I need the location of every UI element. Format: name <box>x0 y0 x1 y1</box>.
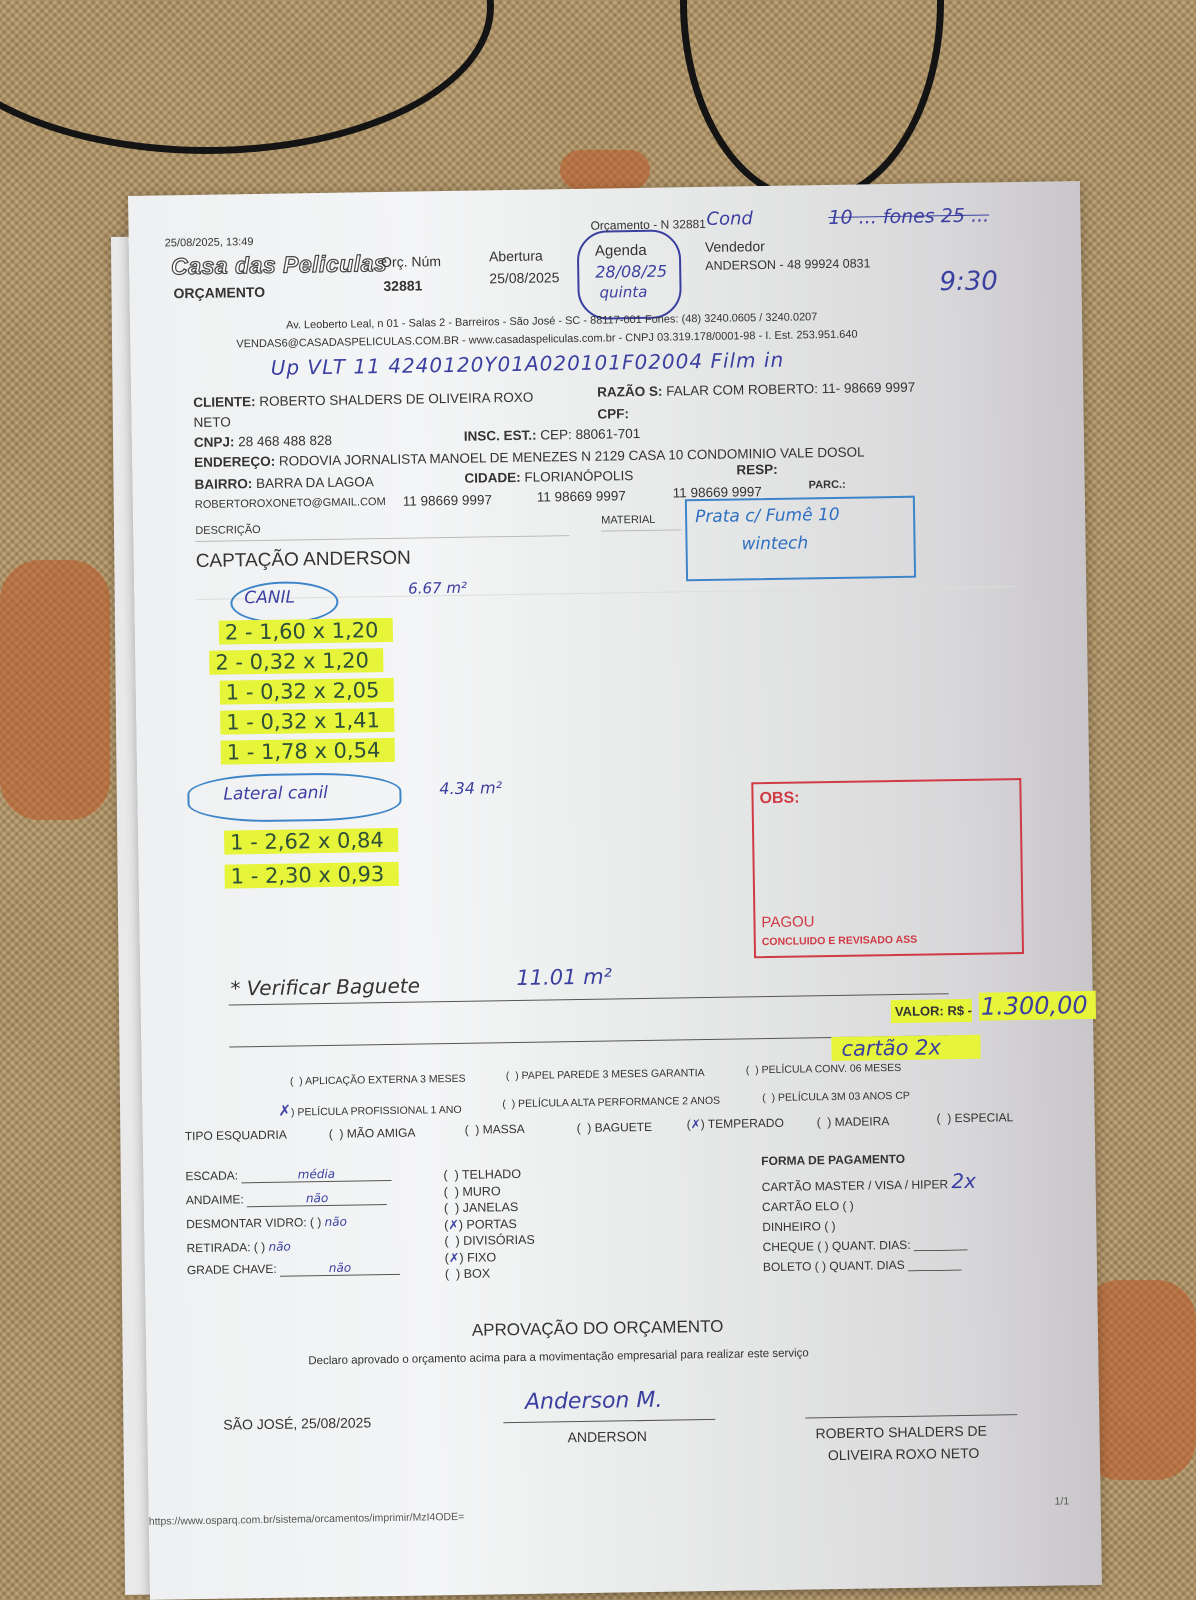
razao-row: RAZÃO S: FALAR COM ROBERTO: 11- 98669 99… <box>597 380 915 400</box>
location-divisorias[interactable]: ( ) DIVISÓRIAS <box>444 1232 535 1250</box>
material-label: MATERIAL <box>601 514 655 527</box>
abertura-date: 25/08/2025 <box>489 269 559 286</box>
option-aplicacao-externa[interactable]: ( ) APLICAÇÃO EXTERNA 3 MESES <box>290 1073 466 1088</box>
field-label: GRADE CHAVE: <box>187 1262 277 1277</box>
field-value[interactable]: não <box>280 1260 400 1277</box>
option-label: PELÍCULA CONV. 06 MESES <box>761 1062 901 1076</box>
option-label: TEMPERADO <box>708 1116 784 1131</box>
location-label: DIVISÓRIAS <box>463 1233 535 1248</box>
esquadria-especial[interactable]: ( ) ESPECIAL <box>936 1110 1013 1125</box>
field-value[interactable]: média <box>241 1166 391 1183</box>
option-label: BAGUETE <box>595 1120 653 1135</box>
note-cond: Cond <box>706 208 753 230</box>
location-label: FIXO <box>467 1250 496 1264</box>
location-label: TELHADO <box>462 1167 521 1182</box>
cidade-label: CIDADE: <box>464 470 520 486</box>
doc-type: ORÇAMENTO <box>173 284 265 301</box>
rug-pattern <box>560 150 650 190</box>
location-box[interactable]: ( ) BOX <box>445 1265 536 1283</box>
handwritten-code: Up VLT 11 4240120Y01A020101F02004 Film i… <box>271 348 785 380</box>
location-list: ( ) TELHADO ( ) MURO ( ) JANELAS (✗) POR… <box>443 1166 535 1283</box>
company-address: Av. Leoberto Leal, n 01 - Salas 2 - Barr… <box>286 311 818 331</box>
endereco-label: ENDEREÇO: <box>194 454 275 470</box>
total-area: 11.01 m² <box>516 964 612 989</box>
cliente-cont: NETO <box>193 414 230 430</box>
divider <box>195 535 569 542</box>
agenda-date: 28/08/25 <box>595 262 667 282</box>
field-value[interactable]: não <box>247 1190 387 1207</box>
approval-declaration: Declaro aprovado o orçamento acima para … <box>308 1347 809 1367</box>
measure-item: 1 - 0,32 x 2,05 <box>220 678 394 705</box>
orcamento-ref: Orçamento - N 32881 <box>590 217 706 233</box>
payment-title: FORMA DE PAGAMENTO <box>761 1152 905 1168</box>
parc-label: PARC.: <box>809 479 846 492</box>
option-label: MASSA <box>483 1122 525 1137</box>
payment-mark: 2x <box>951 1169 976 1193</box>
location-telhado[interactable]: ( ) TELHADO <box>443 1166 534 1184</box>
footer-page: 1/1 <box>1055 1495 1070 1507</box>
field-value[interactable]: não <box>324 1215 347 1229</box>
option-3m[interactable]: ( ) PELÍCULA 3M 03 ANOS CP <box>762 1090 910 1104</box>
pagou-label: PAGOU <box>761 913 814 931</box>
vendedor-label: Vendedor <box>705 238 765 255</box>
field-label: ESCADA: <box>185 1168 238 1183</box>
option-label: PELÍCULA PROFISSIONAL 1 ANO <box>297 1104 461 1119</box>
cnpj: 28 468 488 828 <box>238 433 332 449</box>
option-label: APLICAÇÃO EXTERNA 3 MESES <box>305 1073 466 1088</box>
measure-item: 1 - 2,62 x 0,84 <box>224 828 398 855</box>
checked-mark-icon: ✗ <box>448 1216 459 1231</box>
client-phone-1: 11 98669 9997 <box>403 492 492 508</box>
payment-cartao-master[interactable]: CARTÃO MASTER / VISA / HIPER 2x <box>761 1171 976 1197</box>
location-label: MURO <box>462 1184 500 1199</box>
valor-label: VALOR: R$ - <box>891 999 972 1023</box>
descricao-label: DESCRIÇÃO <box>195 524 261 537</box>
client-name-row: CLIENTE: ROBERTO SHALDERS DE OLIVEIRA RO… <box>193 390 533 410</box>
checked-mark-icon: ✗ <box>691 1117 701 1131</box>
cpf-label: CPF: <box>597 406 629 421</box>
quote-document: 25/08/2025, 13:49 Casa das Peliculas ORÇ… <box>128 181 1102 1600</box>
razao-label: RAZÃO S: <box>597 384 662 400</box>
option-papel-parede[interactable]: ( ) PAPEL PAREDE 3 MESES GARANTIA <box>506 1067 705 1082</box>
esquadria-mao-amiga[interactable]: ( ) MÃO AMIGA <box>329 1126 416 1141</box>
group-area: 4.34 m² <box>439 778 502 798</box>
location-fixo[interactable]: (✗) FIXO <box>445 1248 536 1266</box>
payment-list: CARTÃO MASTER / VISA / HIPER 2x CARTÃO E… <box>761 1171 977 1277</box>
obs-label: OBS: <box>759 790 799 809</box>
material-line-1: Prata c/ Fumê 10 <box>695 505 840 527</box>
location-muro[interactable]: ( ) MURO <box>444 1182 535 1200</box>
approval-place-date: SÃO JOSÉ, 25/08/2025 <box>223 1414 371 1432</box>
location-label: BOX <box>464 1266 491 1280</box>
company-logo: Casa das Peliculas <box>171 250 388 280</box>
field-label: ANDAIME: <box>186 1192 244 1207</box>
field-escada: ESCADA: média <box>185 1166 391 1184</box>
payment-boleto[interactable]: BOLETO ( ) QUANT. DIAS ________ <box>763 1254 978 1277</box>
field-desmontar-vidro: DESMONTAR VIDRO: ( ) não <box>186 1215 347 1232</box>
note-verificar: * Verificar Baguete <box>230 974 420 1001</box>
location-janelas[interactable]: ( ) JANELAS <box>444 1199 535 1217</box>
client-name-1: ROBERTO SHALDERS DE <box>815 1423 987 1442</box>
agenda-day: quinta <box>599 283 647 302</box>
esquadria-massa[interactable]: ( ) MASSA <box>465 1122 525 1137</box>
option-label: PELÍCULA 3M 03 ANOS CP <box>778 1090 910 1104</box>
bairro: BARRA DA LAGOA <box>256 474 374 491</box>
cliente-label: CLIENTE: <box>193 394 255 410</box>
field-label: RETIRADA: ( ) <box>186 1240 265 1255</box>
bairro-row: BAIRRO: BARRA DA LAGOA <box>194 474 374 492</box>
resp-label: RESP: <box>736 462 777 478</box>
cable <box>0 0 494 154</box>
insc-row: INSC. EST.: CEP: 88061-701 <box>464 426 641 444</box>
client-phone-2: 11 98669 9997 <box>537 488 626 504</box>
checked-mark-icon: ✗ <box>449 1249 460 1264</box>
note-time: 9:30 <box>939 266 998 297</box>
abertura-label: Abertura <box>489 247 543 264</box>
signature-line[interactable] <box>805 1414 1017 1418</box>
checked-mark-icon: ✗ <box>278 1102 291 1120</box>
option-label: MÃO AMIGA <box>347 1126 416 1141</box>
orc-num: 32881 <box>383 277 422 294</box>
note-struck: 10 ... fones 25 ... <box>828 204 989 229</box>
cidade: FLORIANÓPOLIS <box>524 468 633 485</box>
cnpj-label: CNPJ: <box>194 434 235 450</box>
razao: FALAR COM ROBERTO: 11- 98669 9997 <box>666 380 915 399</box>
location-portas[interactable]: (✗) PORTAS <box>444 1215 535 1233</box>
valor-amount: 1.300,00 <box>979 991 1096 1021</box>
cidade-row: CIDADE: FLORIANÓPOLIS <box>464 468 633 486</box>
insc: CEP: 88061-701 <box>540 426 640 443</box>
vendedor: ANDERSON - 48 99924 0831 <box>705 256 871 273</box>
agenda-label: Agenda <box>595 242 647 260</box>
insc-label: INSC. EST.: <box>464 428 537 444</box>
measure-item: 2 - 1,60 x 1,20 <box>219 618 393 645</box>
payment-note: cartão 2x <box>831 1035 981 1061</box>
group-name: Lateral canil <box>223 783 328 805</box>
signature-line <box>503 1419 715 1423</box>
field-value[interactable]: não <box>268 1240 291 1254</box>
description-title: CAPTAÇÃO ANDERSON <box>196 548 411 573</box>
payment-label: CARTÃO MASTER / VISA / HIPER <box>762 1177 949 1194</box>
field-andaime: ANDAIME: não <box>186 1190 388 1208</box>
field-grade-chave: GRADE CHAVE: não <box>187 1260 400 1278</box>
seller-name: ANDERSON <box>567 1428 647 1445</box>
option-label: ESPECIAL <box>954 1110 1013 1125</box>
esquadria-baguete[interactable]: ( ) BAGUETE <box>577 1120 653 1135</box>
option-pelicula-profissional[interactable]: ✗) PELÍCULA PROFISSIONAL 1 ANO <box>278 1099 461 1120</box>
option-label: PELÍCULA ALTA PERFORMANCE 2 ANOS <box>518 1095 720 1110</box>
footer-url: https://www.osparq.com.br/sistema/orcame… <box>149 1511 465 1528</box>
measure-item: 1 - 0,32 x 1,41 <box>220 708 394 735</box>
approval-title: APROVAÇÃO DO ORÇAMENTO <box>472 1317 724 1341</box>
measure-item: 2 - 0,32 x 1,20 <box>209 648 383 675</box>
cable <box>680 0 944 204</box>
esquadria-madeira[interactable]: ( ) MADEIRA <box>817 1114 890 1129</box>
location-label: PORTAS <box>466 1217 516 1232</box>
measure-item: 1 - 2,30 x 0,93 <box>225 862 399 889</box>
client-email: ROBERTOROXONETO@GMAIL.COM <box>195 496 386 511</box>
group-name: CANIL <box>244 587 295 608</box>
esquadria-temperado[interactable]: (✗) TEMPERADO <box>687 1116 784 1132</box>
rug-pattern <box>0 560 110 820</box>
bairro-label: BAIRRO: <box>194 476 252 492</box>
field-retirada: RETIRADA: ( ) não <box>186 1240 291 1256</box>
orc-num-label: Orç. Núm <box>381 253 441 270</box>
material-line-2: wintech <box>741 533 808 554</box>
esquadria-label: TIPO ESQUADRIA <box>185 1128 287 1144</box>
field-label: DESMONTAR VIDRO: ( ) <box>186 1215 321 1231</box>
measure-item: 1 - 1,78 x 0,54 <box>221 738 395 765</box>
option-label: PAPEL PAREDE 3 MESES GARANTIA <box>522 1067 705 1082</box>
group-area: 6.67 m² <box>408 579 467 598</box>
option-label: MADEIRA <box>835 1114 890 1129</box>
cliente: ROBERTO SHALDERS DE OLIVEIRA ROXO <box>259 390 533 409</box>
printed-timestamp: 25/08/2025, 13:49 <box>165 236 254 249</box>
option-alta-performance[interactable]: ( ) PELÍCULA ALTA PERFORMANCE 2 ANOS <box>502 1095 720 1110</box>
location-label: JANELAS <box>463 1200 519 1215</box>
seller-signature[interactable]: Anderson M. <box>525 1388 663 1415</box>
option-pelicula-conv[interactable]: ( ) PELÍCULA CONV. 06 MESES <box>746 1062 902 1076</box>
cnpj-row: CNPJ: 28 468 488 828 <box>194 433 332 450</box>
client-name-2: OLIVEIRA ROXO NETO <box>828 1445 980 1463</box>
concluido-label: CONCLUIDO E REVISADO ASS <box>762 934 918 948</box>
divider <box>601 529 681 531</box>
